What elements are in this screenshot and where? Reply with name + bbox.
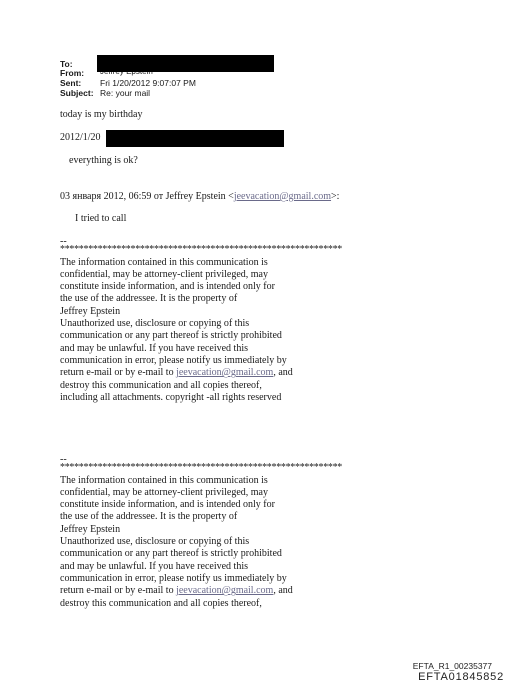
disclaimer-line: destroy this communication and all copie… xyxy=(60,380,342,392)
disclaimer-line: communication in error, please notify us… xyxy=(60,573,342,585)
disclaimer-line: including all attachments. copyright -al… xyxy=(60,392,342,404)
message-line: today is my birthday xyxy=(60,109,143,121)
footer-ref-2: EFTA01845852 xyxy=(418,671,504,683)
disclaimer-line: Jeffrey Epstein xyxy=(60,524,342,536)
disclaimer-email-line: return e-mail or by e-mail to jeevacatio… xyxy=(60,585,342,597)
from-label: From: xyxy=(60,68,84,78)
disclaimer-email-line: return e-mail or by e-mail to jeevacatio… xyxy=(60,367,342,379)
quote2-prefix: 03 января 2012, 06:59 от Jeffrey Epstein… xyxy=(60,191,234,202)
disclaimer-2: -- *************************************… xyxy=(60,454,342,610)
disclaimer-line: Jeffrey Epstein xyxy=(60,306,342,318)
disclaimer-line: the use of the addressee. It is the prop… xyxy=(60,511,342,523)
disclaimer-line: confidential, may be attorney-client pri… xyxy=(60,269,342,281)
disclaimer-line: and may be unlawful. If you have receive… xyxy=(60,343,342,355)
star-divider: ****************************************… xyxy=(60,462,342,474)
star-divider: ****************************************… xyxy=(60,244,342,256)
disclaimer-email-link[interactable]: jeevacation@gmail.com xyxy=(176,367,273,378)
disclaimer-line: communication or any part thereof is str… xyxy=(60,548,342,560)
disclaimer-line: Unauthorized use, disclosure or copying … xyxy=(60,318,342,330)
redaction-box-to xyxy=(97,55,274,72)
quote-date: 2012/1/20 xyxy=(60,132,101,144)
disclaimer-line: The information contained in this commun… xyxy=(60,257,342,269)
disclaimer-line: Unauthorized use, disclosure or copying … xyxy=(60,536,342,548)
sent-value: Fri 1/20/2012 9:07:07 PM xyxy=(100,78,196,88)
quote2-email-link[interactable]: jeevacation@gmail.com xyxy=(234,191,331,202)
disclaimer-line: The information contained in this commun… xyxy=(60,475,342,487)
disclaimer-line: the use of the addressee. It is the prop… xyxy=(60,293,342,305)
disclaimer-1: -- *************************************… xyxy=(60,236,342,404)
disclaimer-line: constitute inside information, and is in… xyxy=(60,281,342,293)
quote2-header: 03 января 2012, 06:59 от Jeffrey Epstein… xyxy=(60,191,339,203)
disclaimer-line: communication in error, please notify us… xyxy=(60,355,342,367)
subject-label: Subject: xyxy=(60,88,94,98)
sent-label: Sent: xyxy=(60,78,81,88)
quote2-text: I tried to call xyxy=(75,213,126,225)
quote-text: everything is ok? xyxy=(69,155,138,167)
footer-ref-1: EFTA_R1_00235377 xyxy=(413,661,492,671)
subject-value: Re: your mail xyxy=(100,88,150,98)
disclaimer-line: constitute inside information, and is in… xyxy=(60,499,342,511)
redaction-box-quote xyxy=(106,130,284,147)
disclaimer-email-link[interactable]: jeevacation@gmail.com xyxy=(176,585,273,596)
disclaimer-line: and may be unlawful. If you have receive… xyxy=(60,561,342,573)
disclaimer-line: confidential, may be attorney-client pri… xyxy=(60,487,342,499)
disclaimer-line: communication or any part thereof is str… xyxy=(60,330,342,342)
quote2-suffix: >: xyxy=(331,191,339,202)
disclaimer-line: destroy this communication and all copie… xyxy=(60,598,342,610)
